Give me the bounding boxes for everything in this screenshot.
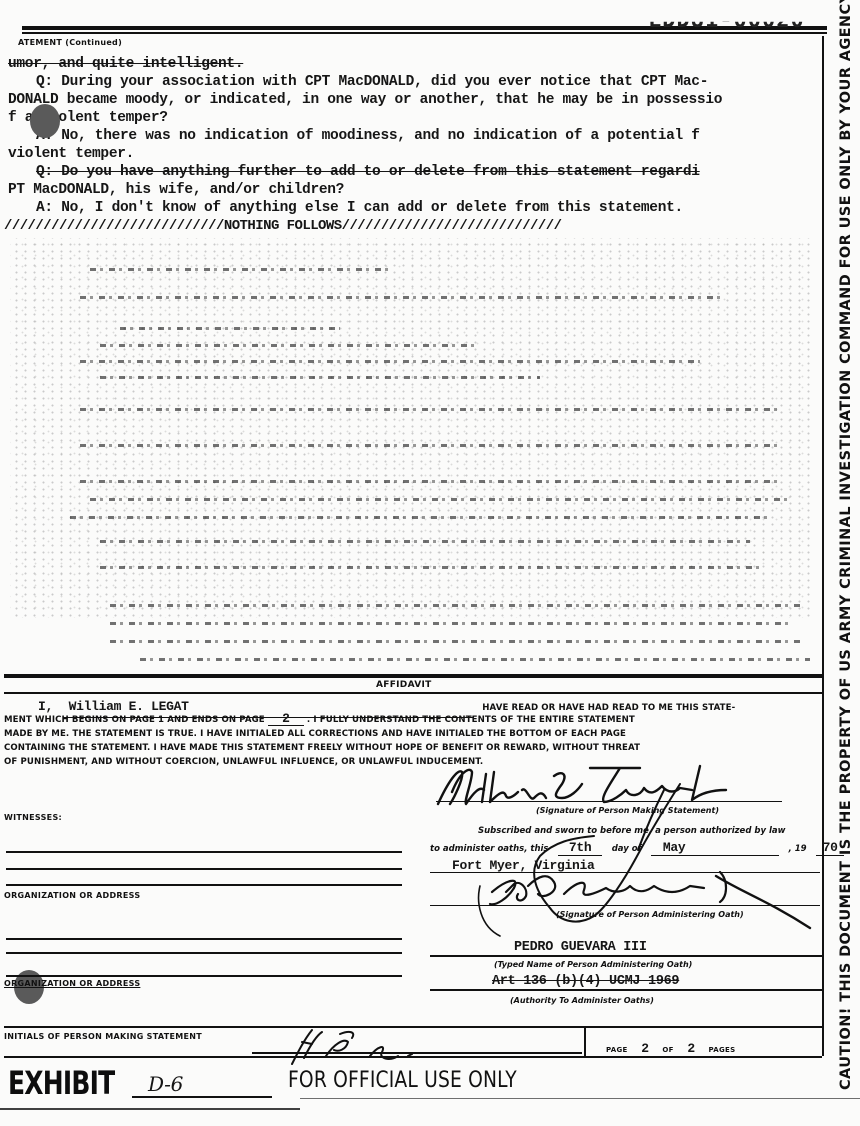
affidavit-text: MENT WHICH BEGINS ON PAGE 1 AND ENDS ON …	[4, 715, 265, 725]
end-page-field: 2	[268, 713, 304, 726]
witness-2-line-3	[6, 975, 402, 977]
faded-text-line	[90, 498, 790, 501]
initials-label: INITIALS OF PERSON MAKING STATEMENT	[4, 1032, 202, 1041]
initials-signature	[282, 1022, 432, 1070]
pages-label: PAGES	[708, 1046, 735, 1054]
exhibit-number-value: D-6	[132, 1072, 183, 1096]
affidavit-rule-bottom	[4, 692, 822, 694]
form-right-border	[822, 36, 824, 1056]
hole-punch-top	[30, 104, 60, 138]
affidavit-heading: AFFIDAVIT	[376, 680, 432, 690]
org-address-label-1: ORGANIZATION OR ADDRESS	[4, 891, 140, 900]
bottom-edge-rule-right	[300, 1098, 860, 1099]
affidavit-text: . I FULLY UNDERSTAND THE CONTENTS OF THE…	[307, 715, 635, 725]
document-number: LDDU1-00020	[648, 8, 805, 33]
faded-text-line	[100, 540, 750, 543]
affidavit-line-3: MADE BY ME. THE STATEMENT IS TRUE. I HAV…	[4, 727, 626, 741]
statement-line: DONALD became moody, or indicated, in on…	[8, 90, 722, 110]
statement-line-question: Q: During your association with CPT MacD…	[36, 72, 708, 92]
exhibit-number: D-6	[132, 1074, 272, 1098]
of-label: OF	[662, 1046, 673, 1054]
statement-line-answer: A: No, there was no indication of moodin…	[36, 126, 700, 146]
faded-text-line	[90, 268, 390, 271]
statement-line-question: Q: Do you have anything further to add t…	[36, 162, 700, 182]
affidavit-line-2: MENT WHICH BEGINS ON PAGE 1 AND ENDS ON …	[4, 713, 635, 727]
page-label: PAGE	[606, 1046, 628, 1054]
witness-1-line-2	[6, 868, 402, 870]
statement-line: umor, and quite intelligent.	[8, 54, 243, 74]
administrator-signature-line	[430, 905, 820, 906]
caution-side-caption: CAUTION! THIS DOCUMENT IS THE PROPERTY O…	[838, 0, 854, 1090]
bottom-edge-rule	[0, 1108, 300, 1110]
administrator-name-line	[430, 955, 822, 957]
affidavit-pronoun: I,	[38, 699, 53, 714]
faded-text-line	[100, 376, 540, 379]
faded-text-line	[100, 566, 760, 569]
exhibit-stamp: EXHIBIT	[8, 1064, 114, 1102]
faded-text-line	[80, 408, 780, 411]
statement-line-answer: A: No, I don't know of anything else I c…	[36, 198, 683, 218]
witnesses-label: WITNESSES:	[4, 813, 62, 822]
faded-text-line	[140, 658, 810, 661]
administrator-name-caption: (Typed Name of Person Administering Oath…	[494, 960, 692, 969]
nothing-follows-terminator: ////////////////////////////NOTHING FOLL…	[4, 216, 561, 236]
affidavit-text: HAVE READ OR HAVE HAD READ TO ME THIS ST…	[482, 703, 735, 713]
authority-caption: (Authority To Administer Oaths)	[510, 996, 654, 1005]
affidavit-rule-top	[4, 674, 822, 678]
faded-text-line	[80, 296, 720, 299]
total-pages: 2	[683, 1041, 699, 1056]
witness-2-line	[6, 938, 402, 940]
administrator-signature	[410, 776, 820, 946]
faded-text-line	[120, 327, 340, 330]
statement-line: violent temper.	[8, 144, 134, 164]
bleed-through-noise	[10, 238, 810, 618]
witness-1-line	[6, 851, 402, 853]
witness-2-line-2	[6, 952, 402, 954]
affidavit-line-5: OF PUNISHMENT, AND WITHOUT COERCION, UNL…	[4, 755, 483, 769]
affidavit-line-4: CONTAINING THE STATEMENT. I HAVE MADE TH…	[4, 741, 640, 755]
authority-line	[430, 989, 822, 991]
classification-marking: FOR OFFICIAL USE ONLY	[288, 1068, 517, 1093]
page-count-divider	[584, 1026, 586, 1056]
faded-text-line	[80, 480, 780, 483]
footer-rule-bottom	[4, 1056, 822, 1058]
administrator-signature-caption: (Signature of Person Administering Oath)	[556, 910, 744, 919]
faded-text-line	[100, 344, 480, 347]
page-number: 2	[637, 1041, 653, 1056]
form-section-label: ATEMENT (Continued)	[18, 38, 122, 47]
faded-text-line	[70, 516, 770, 519]
exhibit-label: EXHIBIT	[8, 1064, 114, 1102]
initials-line	[252, 1052, 582, 1054]
statement-line: PT MacDONALD, his wife, and/or children?	[8, 180, 344, 200]
faded-text-line	[110, 640, 800, 643]
witness-1-line-3	[6, 884, 402, 886]
org-address-label-2: ORGANIZATION OR ADDRESS	[4, 979, 140, 988]
faded-text-line	[80, 360, 700, 363]
faded-text-line	[80, 444, 780, 447]
faded-text-line	[110, 622, 790, 625]
faded-text-line	[110, 604, 800, 607]
